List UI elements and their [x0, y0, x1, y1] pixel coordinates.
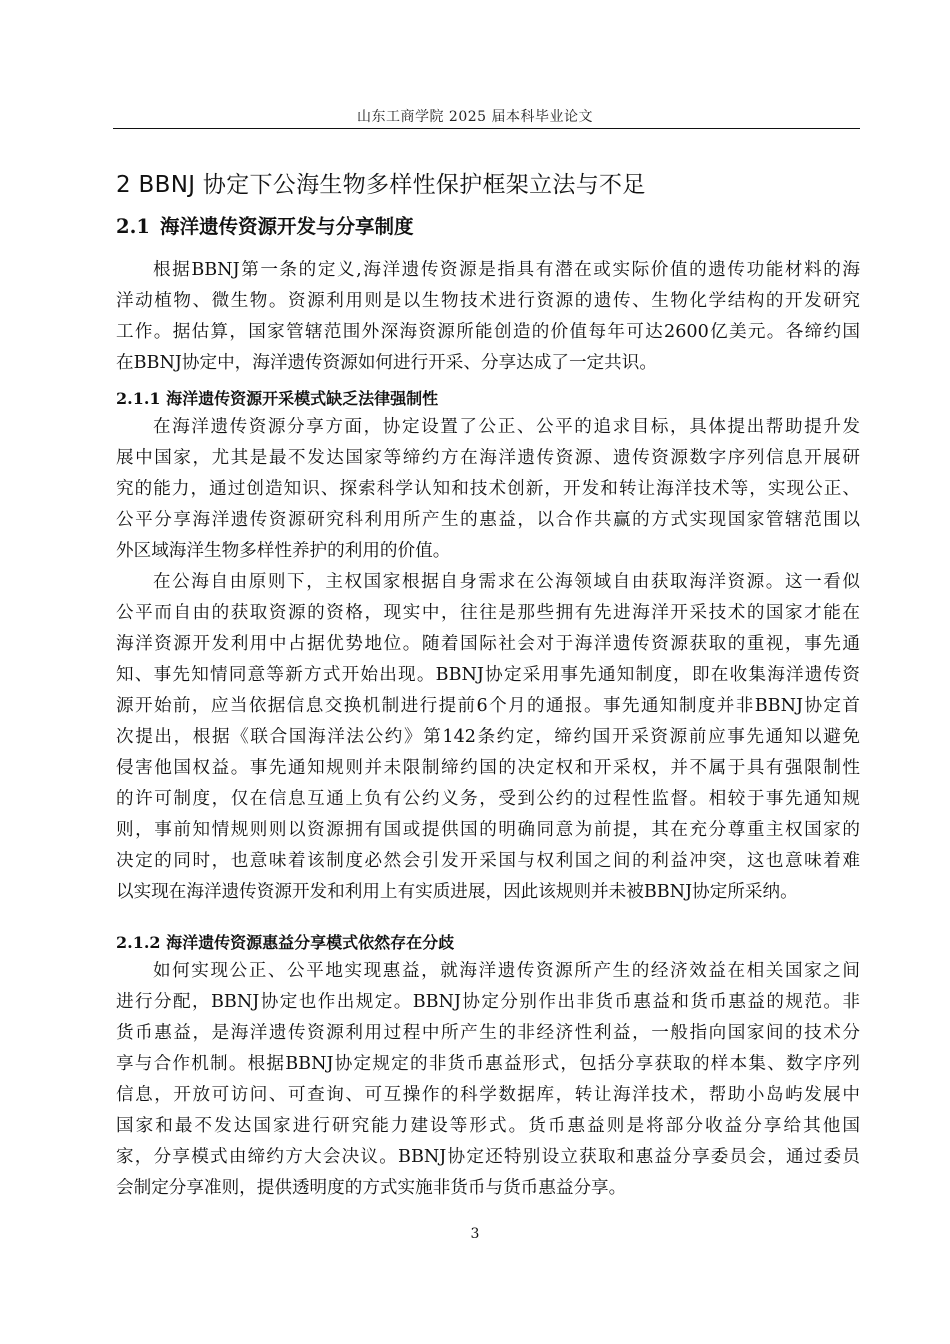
text-line: 工作。据估算，国家管辖范围外深海资源所能创造的价值每年可达2600亿美元。各缔约… — [116, 321, 860, 343]
section-number: 2.1 — [116, 215, 150, 238]
running-header: 山东工商学院 2025 届本科毕业论文 — [0, 106, 950, 126]
text-line: 公平分享海洋遗传资源研究科利用所产生的惠益，以合作共赢的方式实现国家管辖范围以 — [116, 509, 860, 531]
text-line: 侵害他国权益。事先通知规则并未限制缔约国的决定权和开采权，并不属于具有强限制性 — [116, 757, 860, 779]
text-line: 根据BBNJ第一条的定义,海洋遗传资源是指具有潜在或实际价值的遗传功能材料的海 — [153, 259, 860, 281]
text-line: 的许可制度，仅在信息互通上负有公约义务，受到公约的过程性监督。相较于事先通知规 — [116, 788, 860, 810]
text-line: 究的能力，通过创造知识、探索科学认知和技术创新，开发和转让海洋技术等，实现公正、 — [116, 478, 860, 500]
text-line: 货币惠益，是海洋遗传资源利用过程中所产生的非经济性利益，一般指向国家间的技术分 — [116, 1022, 860, 1044]
text-line: 源开始前，应当依据信息交换机制进行提前6个月的通报。事先通知制度并非BBNJ协定… — [116, 695, 860, 717]
text-line: 决定的同时，也意味着该制度必然会引发开采国与权利国之间的利益冲突，这也意味着难 — [116, 850, 860, 872]
text-line: 家，分享模式由缔约方大会决议。BBNJ协定还特别设立获取和惠益分享委员会，通过委… — [116, 1146, 860, 1168]
text-line: 知、事先知情同意等新方式开始出现。BBNJ协定采用事先通知制度，即在收集海洋遗传… — [116, 664, 860, 686]
text-line: 在BBNJ协定中，海洋遗传资源如何进行开采、分享达成了一定共识。 — [116, 352, 860, 374]
text-line: 享与合作机制。根据BBNJ协定规定的非货币惠益形式，包括分享获取的样本集、数字序… — [116, 1053, 860, 1075]
text-line: 外区域海洋生物多样性养护的利用的价值。 — [116, 540, 860, 562]
text-line: 洋动植物、微生物。资源利用则是以生物技术进行资源的遗传、生物化学结构的开发研究 — [116, 290, 860, 312]
text-line: 在公海自由原则下，主权国家根据自身需求在公海领域自由获取海洋资源。这一看似 — [153, 571, 860, 593]
chapter-title: 2 BBNJ 协定下公海生物多样性保护框架立法与不足 — [116, 166, 646, 199]
page-number: 3 — [0, 1226, 950, 1242]
subsection-title-2-1-1: 2.1.1 海洋遗传资源开采模式缺乏法律强制性 — [116, 386, 438, 409]
text-line: 以实现在海洋遗传资源开发和利用上有实质进展，因此该规则并未被BBNJ协定所采纳。 — [116, 881, 860, 903]
text-line: 则，事前知情规则则以资源拥有国或提供国的明确同意为前提，其在充分尊重主权国家的 — [116, 819, 860, 841]
text-line: 展中国家，尤其是最不发达国家等缔约方在海洋遗传资源、遗传资源数字序列信息开展研 — [116, 447, 860, 469]
subsection-title-2-1-2: 2.1.2 海洋遗传资源惠益分享模式依然存在分歧 — [116, 930, 454, 953]
text-line: 公平而自由的获取资源的资格，现实中，往往是那些拥有先进海洋开采技术的国家才能在 — [116, 602, 860, 624]
text-line: 国家和最不发达国家进行研究能力建设等形式。货币惠益则是将部分收益分享给其他国 — [116, 1115, 860, 1137]
text-line: 次提出，根据《联合国海洋法公约》第142条约定，缔约国开采资源前应事先通知以避免 — [116, 726, 860, 748]
text-line: 进行分配，BBNJ协定也作出规定。BBNJ协定分别作出非货币惠益和货币惠益的规范… — [116, 991, 860, 1013]
section-title-text: 海洋遗传资源开发与分享制度 — [160, 215, 414, 238]
text-line: 如何实现公正、公平地实现惠益，就海洋遗传资源所产生的经济效益在相关国家之间 — [153, 960, 860, 982]
text-line: 会制定分享准则，提供透明度的方式实施非货币与货币惠益分享。 — [116, 1177, 860, 1199]
text-line: 信息，开放可访问、可查询、可互操作的科学数据库，转让海洋技术，帮助小岛屿发展中 — [116, 1084, 860, 1106]
text-line: 在海洋遗传资源分享方面，协定设置了公正、公平的追求目标，具体提出帮助提升发 — [153, 416, 860, 438]
section-title: 2.1海洋遗传资源开发与分享制度 — [116, 211, 413, 239]
text-line: 海洋资源开发利用中占据优势地位。随着国际社会对于海洋遗传资源获取的重视，事先通 — [116, 633, 860, 655]
header-rule — [113, 128, 860, 129]
